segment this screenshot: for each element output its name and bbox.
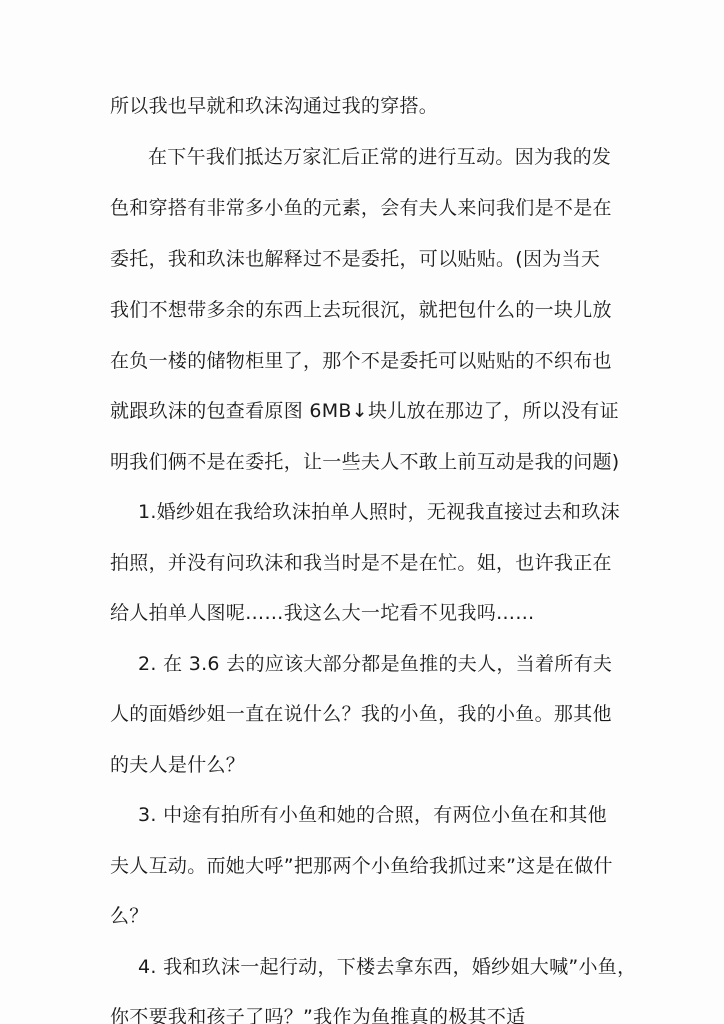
text-line-13: 的夫人是什么？ [110,753,245,777]
text-line-17: 4. 我和玖沫一起行动，下楼去拿东西，婚纱姐大喊”小鱼， [138,955,636,979]
text-line-4: 我们不想带多余的东西上去玩很沉，就把包什么的一块儿放 [110,298,612,322]
text-line-18: 你不要我和孩子了吗？”我作为鱼推真的极其不适 [110,1005,525,1024]
text-line-15: 夫人互动。而她大呼”把那两个小鱼给我抓过来”这是在做什 [110,854,613,878]
text-line-2: 色和穿搭有非常多小鱼的元素，会有夫人来问我们是不是在 [110,196,612,220]
text-line-6: 就跟玖沫的包查看原图 6MB↓块儿放在那边了，所以没有证 [110,399,619,423]
text-line-12: 人的面婚纱姐一直在说什么？我的小鱼，我的小鱼。那其他 [110,702,612,726]
text-line-3: 委托，我和玖沫也解释过不是委托，可以贴贴。(因为当天 [110,247,600,271]
text-line-0: 所以我也早就和玖沫沟通过我的穿搭。 [110,94,438,118]
text-line-8: 1.婚纱姐在我给玖沫拍单人照时，无视我直接过去和玖沫 [138,500,620,524]
text-line-11: 2. 在 3.6 去的应该大部分都是鱼推的夫人，当着所有夫 [138,652,612,676]
text-line-16: 么？ [110,904,149,928]
text-line-1: 在下午我们抵达万家汇后正常的进行互动。因为我的发 [148,145,611,169]
text-line-14: 3. 中途有拍所有小鱼和她的合照，有两位小鱼在和其他 [138,803,607,827]
document-page: 所以我也早就和玖沫沟通过我的穿搭。 在下午我们抵达万家汇后正常的进行互动。因为我… [0,0,724,1024]
text-line-10: 给人拍单人图呢……我这么大一坨看不见我吗…… [110,601,535,625]
text-line-5: 在负一楼的储物柜里了，那个不是委托可以贴贴的不织布也 [110,349,612,373]
text-line-9: 拍照，并没有问玖沫和我当时是不是在忙。姐，也许我正在 [110,551,612,575]
text-line-7: 明我们俩不是在委托，让一些夫人不敢上前互动是我的问题) [110,450,620,474]
